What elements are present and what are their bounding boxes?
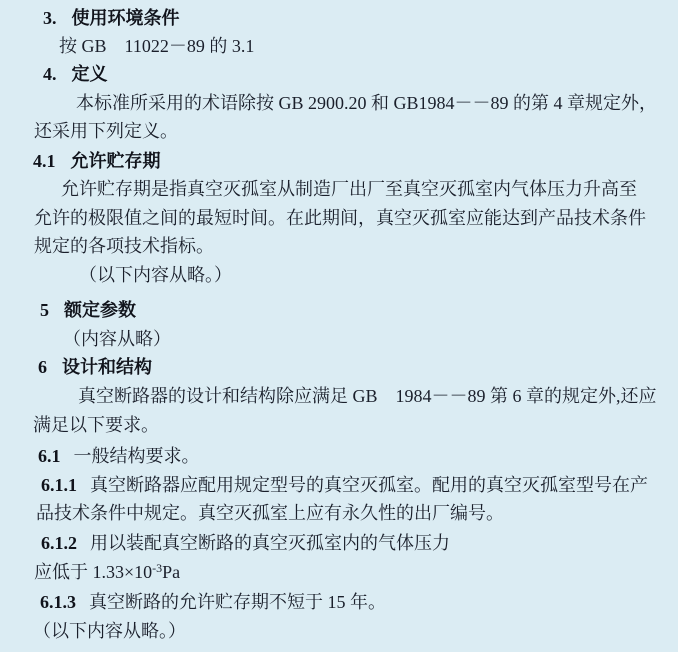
line-text: 规定的各项技术指标。: [34, 236, 214, 256]
document-page: 3.使用环境条件 按 GB 11022－89 的 3.1 4.定义 本标准所采用…: [0, 0, 678, 652]
section-heading-4: 4.定义: [43, 64, 108, 84]
clause-number: 4.: [43, 64, 57, 84]
paragraph-line: 规定的各项技术指标。: [34, 236, 214, 256]
pressure-formula: 应低于 1.33×10-3Pa: [34, 562, 180, 584]
paragraph-line: 还采用下列定义。: [34, 121, 178, 141]
paragraph-line: 真空断路器的设计和结构除应满足 GB 1984－－89 第 6 章的规定外,还应: [78, 386, 657, 406]
line-text: 满足以下要求。: [33, 415, 159, 435]
line-text: 真空断路器的设计和结构除应满足 GB 1984－－89 第 6 章的规定外,还应: [78, 386, 657, 406]
line-text: （以下内容从略。）: [33, 621, 186, 641]
section-heading-6: 6设计和结构: [38, 357, 152, 377]
heading-text: 设计和结构: [62, 357, 152, 377]
line-text: 本标准所采用的术语除按 GB 2900.20 和 GB1984－－89 的第 4…: [76, 93, 657, 113]
paragraph-line: 满足以下要求。: [33, 415, 159, 435]
line-text: 用以装配真空断路的真空灭孤室内的气体压力: [90, 533, 450, 553]
line-text: （内容从略）: [63, 329, 171, 349]
subclause-6-1: 6.1一般结构要求。: [38, 446, 200, 466]
clause-number: 4.1: [33, 151, 56, 171]
line-text: 允许的极限值之间的最短时间。在此期间，真空灭孤室应能达到产品技术条件: [34, 208, 646, 228]
paragraph-line: 品技术条件中规定。真空灭孤室上应有永久性的出厂编号。: [36, 503, 504, 523]
paragraph-line: 允许贮存期是指真空灭孤室从制造厂出厂至真空灭孤室内气体压力升高至: [61, 179, 637, 199]
line-text: 真空断路器应配用规定型号的真空灭孤室。配用的真空灭孤室型号在产: [90, 475, 648, 495]
subclause-6-1-3: 6.1.3真空断路的允许贮存期不短于 15 年。: [40, 592, 386, 612]
omitted-content-note: （内容从略）: [63, 329, 171, 349]
line-text: 允许贮存期是指真空灭孤室从制造厂出厂至真空灭孤室内气体压力升高至: [61, 179, 637, 199]
clause-number: 6: [38, 357, 47, 377]
clause-number: 6.1: [38, 446, 61, 466]
section-heading-4-1: 4.1允许贮存期: [33, 151, 161, 171]
line-text: 真空断路的允许贮存期不短于 15 年。: [89, 592, 386, 612]
section-heading-3: 3.使用环境条件: [43, 8, 180, 28]
line-text: 一般结构要求。: [74, 446, 200, 466]
formula-base: 应低于 1.33×10: [34, 562, 152, 582]
clause-number: 6.1.3: [40, 592, 76, 612]
omitted-content-note: （以下内容从略。）: [79, 265, 232, 285]
heading-text: 允许贮存期: [71, 151, 161, 171]
clause-number: 5: [40, 300, 49, 320]
heading-text: 定义: [72, 64, 108, 84]
line-text: 品技术条件中规定。真空灭孤室上应有永久性的出厂编号。: [36, 503, 504, 523]
heading-text: 额定参数: [64, 300, 136, 320]
formula-unit: Pa: [162, 562, 180, 582]
subclause-6-1-1: 6.1.1真空断路器应配用规定型号的真空灭孤室。配用的真空灭孤室型号在产: [41, 475, 648, 495]
paragraph-line: 本标准所采用的术语除按 GB 2900.20 和 GB1984－－89 的第 4…: [76, 93, 657, 113]
paragraph-line: 允许的极限值之间的最短时间。在此期间，真空灭孤室应能达到产品技术条件: [34, 208, 646, 228]
formula-exponent: -3: [152, 561, 162, 575]
heading-text: 使用环境条件: [72, 8, 180, 28]
omitted-content-note: （以下内容从略。）: [33, 621, 186, 641]
clause-number: 6.1.1: [41, 475, 77, 495]
paragraph-line: 按 GB 11022－89 的 3.1: [59, 36, 254, 56]
subclause-6-1-2: 6.1.2用以装配真空断路的真空灭孤室内的气体压力: [41, 533, 450, 553]
line-text: （以下内容从略。）: [79, 265, 232, 285]
line-text: 按 GB 11022－89 的 3.1: [59, 36, 254, 56]
line-text: 还采用下列定义。: [34, 121, 178, 141]
clause-number: 6.1.2: [41, 533, 77, 553]
clause-number: 3.: [43, 8, 57, 28]
section-heading-5: 5额定参数: [40, 300, 136, 320]
